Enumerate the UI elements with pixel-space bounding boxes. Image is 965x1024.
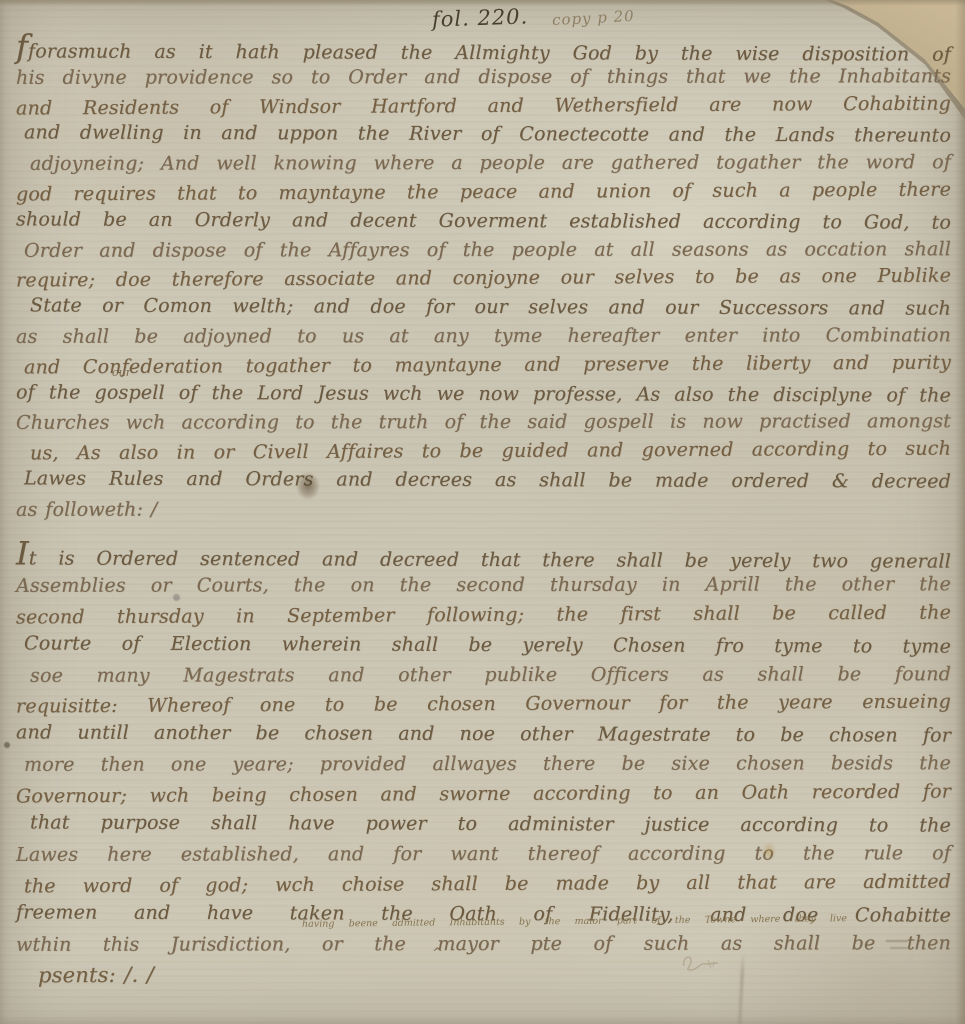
folio-annotation: fol. 220. bbox=[432, 4, 529, 31]
manuscript-line: State or Comon welth; and doe for our se… bbox=[16, 292, 951, 324]
manuscript-line: as shall be adjoyned to us at any tyme h… bbox=[16, 321, 951, 351]
manuscript-line: require; doe therefore associate and con… bbox=[16, 262, 951, 296]
manuscript-paragraph-1: fforasmuch as it hath pleased the Allmig… bbox=[16, 34, 951, 524]
manuscript-line: requisitte: Whereof one to be chosen Gov… bbox=[16, 688, 951, 723]
manuscript-line: and dwelling in and uppon the River of C… bbox=[16, 119, 951, 151]
manuscript-line: wthin this Jurisdiction, or the mayor pt… bbox=[16, 929, 951, 961]
manuscript-line: us, As also in or Civell Affaires to be … bbox=[16, 435, 951, 469]
manuscript-line: his divyne providence so to Order and di… bbox=[16, 62, 951, 92]
manuscript-line: It is Ordered sentenced and decreed that… bbox=[16, 539, 951, 572]
manuscript-line: and untill another be chosen and noe oth… bbox=[16, 719, 951, 752]
insertion-caret-mark: ^ bbox=[432, 946, 443, 961]
paper-spot bbox=[4, 742, 10, 748]
manuscript-line: Churches wch according to the truth of t… bbox=[16, 408, 951, 438]
manuscript-line: should be an Orderly and decent Govermen… bbox=[16, 205, 951, 237]
manuscript-line: second thursday in September following; … bbox=[16, 598, 951, 633]
paper-spot bbox=[173, 594, 180, 601]
manuscript-line: Lawes Rules and Orders and decrees as sh… bbox=[16, 464, 951, 496]
manuscript-line: and Residents of Windsor Hartford and We… bbox=[16, 89, 951, 123]
manuscript-line: as followeth: / bbox=[16, 494, 951, 524]
pencil-squiggle-mark bbox=[678, 948, 726, 982]
manuscript-line: the word of god; wch choise shall be mad… bbox=[16, 867, 951, 902]
faint-edge-marks bbox=[886, 938, 916, 954]
ink-blot-stain bbox=[296, 472, 320, 500]
manuscript-line: more then one yeare; provided allwayes t… bbox=[16, 749, 951, 781]
manuscript-line: soe many Magestrats and other publike Of… bbox=[16, 660, 951, 692]
manuscript-line: Order and dispose of the Affayres of the… bbox=[16, 235, 951, 265]
manuscript-line: and Confederation togather to mayntayne … bbox=[16, 348, 951, 382]
paper-stain bbox=[762, 842, 776, 860]
manuscript-line: adjoyneing; And well knowing where a peo… bbox=[16, 148, 951, 178]
manuscript-line: god requires that to mayntayne the peace… bbox=[16, 176, 951, 210]
manuscript-line: Governour; wch being chosen and sworne a… bbox=[16, 778, 951, 813]
manuscript-line: psents: /. / bbox=[16, 957, 951, 992]
superscript-insertion: our bbox=[112, 366, 131, 379]
manuscript-line: Lawes here established, and for want the… bbox=[16, 839, 951, 871]
manuscript-line: Courte of Election wherein shall be yere… bbox=[16, 629, 951, 662]
manuscript-line: fforasmuch as it hath pleased the Allmig… bbox=[16, 32, 951, 64]
manuscript-line: that purpose shall have power to adminis… bbox=[16, 808, 951, 841]
manuscript-line: Assemblies or Courts, the on the second … bbox=[16, 570, 951, 602]
paper-right-edge bbox=[955, 0, 965, 1024]
manuscript-line: of the gospell of the Lord Jesus wch we … bbox=[16, 378, 951, 410]
manuscript-page: fol. 220. copy p 20 fforasmuch as it hat… bbox=[0, 0, 965, 1024]
copy-annotation: copy p 20 bbox=[552, 7, 636, 29]
